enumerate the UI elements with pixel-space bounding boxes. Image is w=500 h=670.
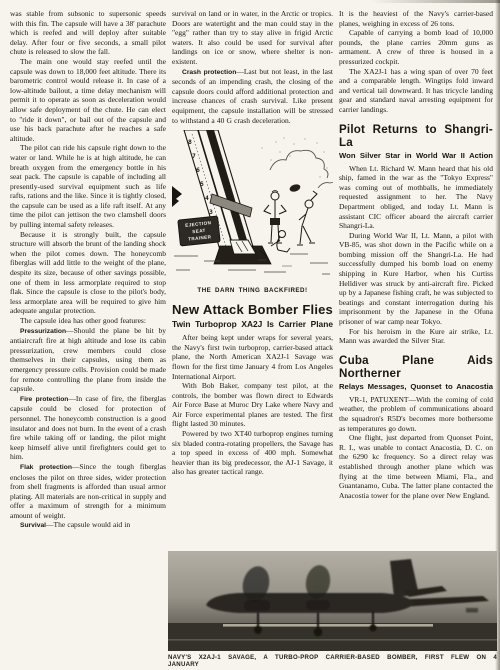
- paragraph-text: —Should the plane be hit by antiaircraft…: [10, 326, 166, 394]
- paragraph: It is the heaviest of the Navy's carrier…: [339, 9, 493, 28]
- rail-number: 8: [188, 138, 192, 146]
- paragraph: VR-1, PATUXENT—With the coming of cold w…: [339, 395, 493, 433]
- scan-edge-top: [370, 0, 500, 3]
- rail-number: 6: [196, 166, 200, 174]
- runway-stripe: [223, 624, 433, 627]
- bald-figure: [289, 183, 317, 245]
- paragraph: Survival—The capsule would aid in: [10, 520, 166, 531]
- subhead-cuba-plane: Relays Messages, Quonset to Anacostia: [339, 382, 493, 391]
- headline-new-attack-bomber: New Attack Bomber Flies: [172, 302, 333, 317]
- rail-number: 4: [205, 194, 209, 202]
- paragraph: Crash protection—Last but not least, in …: [172, 67, 333, 126]
- paragraph: The capsule idea has other good features…: [10, 316, 166, 326]
- paragraph: The main one would stay reefed until the…: [10, 57, 166, 143]
- cloud-outline-small: [318, 183, 333, 189]
- rail-number: 3: [209, 208, 213, 216]
- paragraph-lead: Pressurization: [20, 328, 66, 335]
- paragraph: After being kept under wraps for several…: [172, 333, 333, 381]
- headline-pilot-returns: Pilot Returns to Shangri-La: [339, 123, 493, 149]
- paragraph: The XA2J-1 has a wing span of over 70 fe…: [339, 67, 493, 115]
- middle-column: survival on land or in water, in the Arc…: [172, 9, 333, 549]
- paragraph: Fire protection—In case of fire, the fib…: [10, 394, 166, 462]
- photo-runway: [168, 623, 497, 651]
- paragraph: With Bob Baker, company test pilot, at t…: [172, 381, 333, 429]
- left-column: was stable from subsonic to supersonic s…: [10, 9, 166, 661]
- paragraph: During World War II, Lt. Mann, a pilot w…: [339, 231, 493, 327]
- subhead-new-attack-bomber: Twin Turboprop XA2J Is Carrier Plane: [172, 319, 333, 329]
- paragraph: Pressurization—Should the plane be hit b…: [10, 326, 166, 394]
- cartoon-caption: THE DARN THING BACKFIRED!: [172, 287, 333, 294]
- paragraph: was stable from subsonic to supersonic s…: [10, 9, 166, 57]
- cloud-outline: [270, 150, 328, 178]
- rail-number: 5: [200, 180, 204, 188]
- savage-airplane-photo: [168, 551, 497, 651]
- headline-cuba-plane: Cuba Plane Aids Northerner: [339, 354, 493, 380]
- right-column: It is the heaviest of the Navy's carrier…: [339, 9, 493, 549]
- paragraph: The pilot can ride his capsule right dow…: [10, 143, 166, 229]
- kneeling-figure: [271, 231, 290, 253]
- subhead-pilot-returns: Won Silver Star in World War II Action: [339, 151, 493, 160]
- paragraph: Capable of carrying a bomb load of 10,00…: [339, 28, 493, 66]
- cartoon-drawing: 8 7 6 5 4 3 2 EJECTION SEAT TRAINER: [172, 130, 333, 280]
- paragraph-lead: Flak protection: [20, 464, 72, 471]
- paragraph: For his heroism in the Kure air strike, …: [339, 327, 493, 346]
- stipple-dots: [262, 138, 328, 178]
- paragraph: When Lt. Richard W. Mann heard that his …: [339, 164, 493, 231]
- runway-stripe-faint: [168, 639, 497, 641]
- rail-number: 7: [192, 152, 196, 160]
- paragraph: Flak protection—Since the tough fibergla…: [10, 462, 166, 521]
- paragraph: Powered by two XT40 turboprop engines tu…: [172, 429, 333, 477]
- paragraph-lead: Fire protection: [20, 396, 68, 403]
- paragraph-text: —The capsule would aid in: [46, 520, 130, 529]
- magazine-page: was stable from subsonic to supersonic s…: [0, 0, 500, 670]
- paragraph-lead: Survival: [20, 522, 46, 529]
- photo-caption: NAVY'S X2AJ-1 SAVAGE, A TURBO-PROP CARRI…: [168, 654, 497, 668]
- ejection-seat-trainer-sign: EJECTION SEAT TRAINER: [178, 216, 220, 246]
- paragraph: One flight, just departed from Quonset P…: [339, 433, 493, 500]
- paragraph-text: —In case of fire, the fiberglas capsule …: [10, 394, 166, 462]
- paragraph-lead: Crash protection: [182, 69, 236, 76]
- paragraph: Because it is strongly built, the capsul…: [10, 230, 166, 316]
- paragraph: survival on land or in water, in the Arc…: [172, 9, 333, 67]
- savage-photo-block: NAVY'S X2AJ-1 SAVAGE, A TURBO-PROP CARRI…: [168, 551, 497, 670]
- ejection-trainer-cartoon: 8 7 6 5 4 3 2 EJECTION SEAT TRAINER: [172, 130, 333, 294]
- dark-shape-left: [172, 186, 182, 207]
